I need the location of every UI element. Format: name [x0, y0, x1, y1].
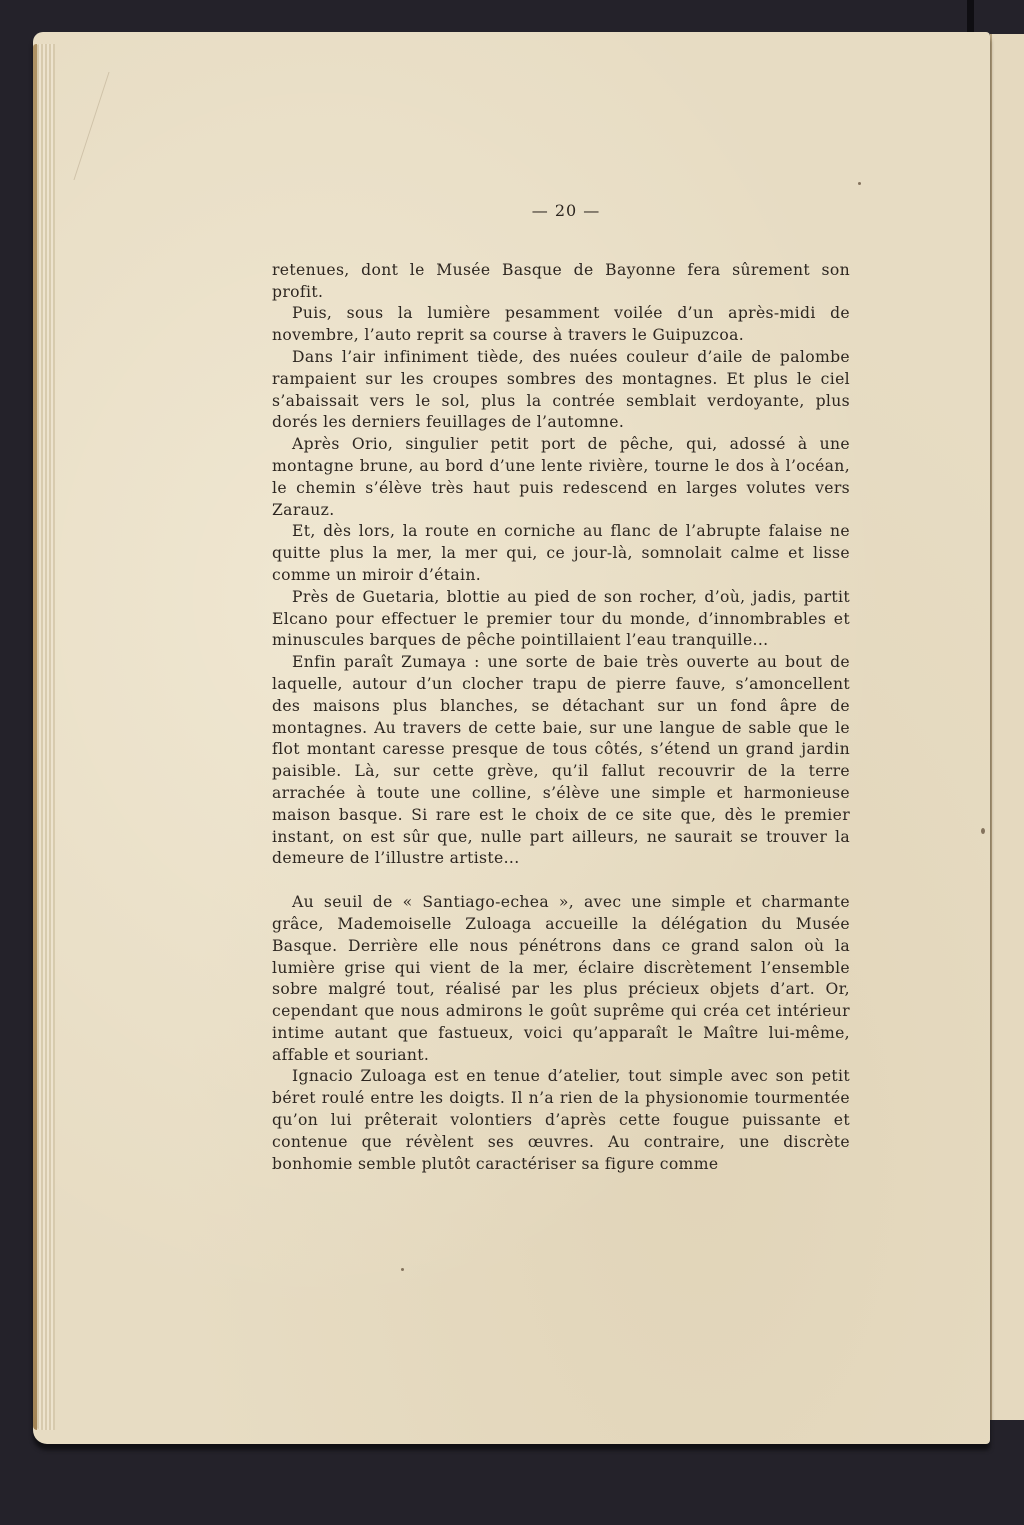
facing-page-edge	[990, 34, 1024, 1420]
paragraph: Près de Guetaria, blottie au pied de son…	[272, 587, 850, 652]
page-number: — 20 —	[272, 200, 850, 222]
paper-speck	[981, 828, 985, 834]
corner-fold	[73, 72, 153, 180]
paper-speck	[858, 182, 861, 185]
paragraph: Enfin paraît Zumaya : une sorte de baie …	[272, 652, 850, 870]
paragraph: Puis, sous la lumière pesamment voilée d…	[272, 303, 850, 347]
paper-speck	[401, 1268, 404, 1271]
paragraph: Ignacio Zuloaga est en tenue d’atelier, …	[272, 1066, 850, 1175]
page-stack-edge	[33, 44, 55, 1430]
page-text: — 20 — retenues, dont le Musée Basque de…	[272, 200, 850, 1175]
paragraph: Après Orio, singulier petit port de pêch…	[272, 434, 850, 521]
gutter-shadow	[967, 0, 974, 34]
paragraph: Dans l’air infiniment tiède, des nuées c…	[272, 347, 850, 434]
paragraph: retenues, dont le Musée Basque de Bayonn…	[272, 260, 850, 304]
paragraph: Et, dès lors, la route en corniche au fl…	[272, 521, 850, 586]
section-break	[272, 870, 850, 892]
paragraph: Au seuil de « Santiago-echea », avec une…	[272, 892, 850, 1066]
